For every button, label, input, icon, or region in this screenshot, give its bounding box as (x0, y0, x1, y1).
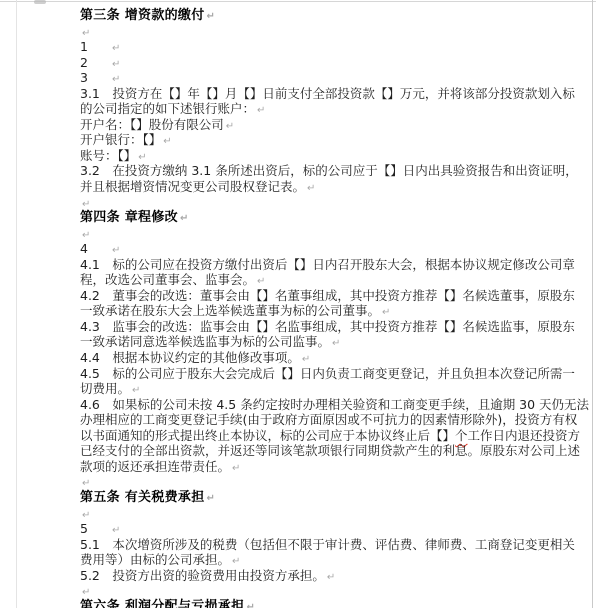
document-line: 3.1 投资方在【】年【】月【】日前支付全部投资款【】万元，并将该部分投资款划入… (80, 86, 582, 102)
paragraph-mark-icon: ↵ (246, 602, 255, 608)
document-line: ↵ (80, 24, 582, 40)
document-line: 2↵ (80, 55, 582, 71)
document-line: 4.4 根据本协议约定的其他修改事项。↵ (80, 350, 582, 366)
paragraph-mark-icon: ↵ (382, 307, 390, 318)
paragraph-mark-icon: ↵ (82, 478, 90, 489)
document-line: 3↵ (80, 70, 582, 86)
paragraph-mark-icon: ↵ (82, 510, 90, 521)
page-left-edge (16, 0, 17, 608)
document-line: 4.3 监事会的改选：监事会由【】名监事组成，其中投资方推荐【】名候选监事，原股… (80, 319, 582, 335)
text-run: 4.4 根据本协议约定的其他修改事项。 (80, 350, 300, 365)
document-line: 4.5 标的公司应于股东大会完成后【】日内负责工商变更登记，并且负担本次登记所需… (80, 366, 582, 382)
text-run: 开户名：【】股份有限公司 (80, 117, 224, 132)
paragraph-mark-icon: ↵ (332, 338, 340, 349)
heading-line: 第三条 增资款的缴付↵ (80, 8, 582, 24)
text-run: 办理相应的工商变更登记手续(由于政府方面原因或不可抗力的因素情形除外)，投资方有… (80, 412, 577, 427)
text-run: 账号：【】 (80, 148, 136, 163)
text-run: 程，改选公司董事会、监事会。 (80, 272, 255, 287)
paragraph-mark-icon: ↵ (82, 199, 90, 210)
text-run: 第三条 增资款的缴付 (80, 8, 205, 23)
text-run: 费用等）由标的公司承担。 (80, 552, 230, 567)
text-run: 工作日内退还投资方 (468, 428, 581, 443)
document-line: 一致承诺同意选举候选监事为标的公司监事。↵ (80, 334, 582, 350)
text-run: 开户银行：【】 (80, 132, 161, 147)
spellcheck-flagged-text: 个 (455, 428, 468, 443)
paragraph-mark-icon: ↵ (232, 463, 240, 474)
text-run: 4.2 董事会的改选：董事会由【】名董事组成，其中投资方推荐【】名候选董事，原股… (80, 288, 575, 303)
text-run: 2 (80, 55, 88, 70)
text-run: 以书面通知的形式提出终止本协议，标的公司应于本协议终止后【】 (80, 428, 455, 443)
paragraph-mark-icon: ↵ (307, 183, 315, 194)
text-run: 款项的返还承担连带责任。 (80, 459, 230, 474)
document-line: 办理相应的工商变更登记手续(由于政府方面原因或不可抗力的因素情形除外)，投资方有… (80, 412, 582, 428)
document-line: 4↵ (80, 241, 582, 257)
heading-line: 第四条 章程修改↵ (80, 210, 582, 226)
document-line: 开户银行：【】↵ (80, 132, 582, 148)
text-run: 一致承诺同意选举候选监事为标的公司监事。 (80, 334, 330, 349)
document-line: 5↵ (80, 521, 582, 537)
text-run: 3.1 投资方在【】年【】月【】日前支付全部投资款【】万元，并将该部分投资款划入… (80, 86, 575, 101)
document-line: 费用等）由标的公司承担。↵ (80, 552, 582, 568)
document-line: 切费用。↵ (80, 381, 582, 397)
document-line: 5.1 本次增资所涉及的税费（包括但不限于审计费、评估费、律师费、工商登记变更相… (80, 537, 582, 553)
text-run: 4.1 标的公司应在投资方缴付出资后【】日内召开股东大会，根据本协议规定修改公司… (80, 257, 575, 272)
paragraph-mark-icon: ↵ (180, 213, 189, 224)
text-run: 第五条 有关税费承担 (80, 490, 205, 505)
text-run: 3.2 在投资方缴纳 3.1 条所述出资后，标的公司应于【】日内出具验资报告和出… (80, 163, 578, 178)
heading-line: 第五条 有关税费承担↵ (80, 490, 582, 506)
text-run: 一致承诺在股东大会上选举候选董事为标的公司董事。 (80, 303, 380, 318)
paragraph-mark-icon: ↵ (112, 74, 120, 85)
paragraph-mark-icon: ↵ (82, 587, 90, 598)
document-line: 程，改选公司董事会、监事会。↵ (80, 272, 582, 288)
document-line: 4.2 董事会的改选：董事会由【】名董事组成，其中投资方推荐【】名候选董事，原股… (80, 288, 582, 304)
page-right-edge (592, 0, 593, 608)
document-line: ↵ (80, 506, 582, 522)
paragraph-mark-icon: ↵ (112, 525, 120, 536)
paragraph-mark-icon: ↵ (163, 136, 171, 147)
document-line: 4.6 如果标的公司未按 4.5 条约定按时办理相关验资和工商变更手续，且逾期 … (80, 397, 582, 413)
document-line: 账号：【】↵ (80, 148, 582, 164)
text-run: 4 (80, 241, 88, 256)
text-run: 4.3 监事会的改选：监事会由【】名监事组成，其中投资方推荐【】名候选监事，原股… (80, 319, 575, 334)
text-run: 3 (80, 70, 88, 85)
paragraph-mark-icon: ↵ (207, 11, 216, 22)
text-run: 已经支付的全部出资款，并返还等同该笔款项银行同期贷款产生的利息。原股东对公司上述 (80, 443, 580, 458)
text-run: 1 (80, 39, 88, 54)
text-run: 4.6 如果标的公司未按 4.5 条约定按时办理相关验资和工商变更手续，且逾期 … (80, 397, 589, 412)
paragraph-mark-icon: ↵ (302, 354, 310, 365)
page-top-edge (0, 1, 596, 2)
document-line: 已经支付的全部出资款，并返还等同该笔款项银行同期贷款产生的利息。原股东对公司上述 (80, 443, 582, 459)
document-line: 开户名：【】股份有限公司↵ (80, 117, 582, 133)
document-line: 4.1 标的公司应在投资方缴付出资后【】日内召开股东大会，根据本协议规定修改公司… (80, 257, 582, 273)
heading-line: 第六条 利润分配与亏损承担↵ (80, 599, 582, 608)
document-line: ↵ (80, 583, 582, 599)
paragraph-mark-icon: ↵ (226, 121, 234, 132)
paragraph-mark-icon: ↵ (82, 230, 90, 241)
text-run: 5.1 本次增资所涉及的税费（包括但不限于审计费、评估费、律师费、工商登记变更相… (80, 537, 575, 552)
text-run: 第六条 利润分配与亏损承担 (80, 599, 244, 608)
document-line: 3.2 在投资方缴纳 3.1 条所述出资后，标的公司应于【】日内出具验资报告和出… (80, 163, 582, 179)
paragraph-mark-icon: ↵ (207, 493, 216, 504)
document-page[interactable]: 第三条 增资款的缴付↵↵1↵2↵3↵3.1 投资方在【】年【】月【】日前支付全部… (80, 8, 582, 608)
document-line: 1↵ (80, 39, 582, 55)
document-line: 并且根据增资情况变更公司股权登记表。↵ (80, 179, 582, 195)
paragraph-mark-icon: ↵ (257, 105, 265, 116)
document-line: 的公司指定的如下述银行账户：↵ (80, 101, 582, 117)
document-line: 以书面通知的形式提出终止本协议，标的公司应于本协议终止后【】个工作日内退还投资方 (80, 428, 582, 444)
paragraph-mark-icon: ↵ (112, 245, 120, 256)
paragraph-mark-icon: ↵ (327, 572, 335, 583)
document-line: ↵ (80, 226, 582, 242)
paragraph-mark-icon: ↵ (257, 276, 265, 287)
paragraph-mark-icon: ↵ (112, 59, 120, 70)
paragraph-mark-icon: ↵ (82, 28, 90, 39)
paragraph-mark-icon: ↵ (112, 43, 120, 54)
text-run: 切费用。 (80, 381, 130, 396)
document-line: 一致承诺在股东大会上选举候选董事为标的公司董事。↵ (80, 303, 582, 319)
document-line: ↵ (80, 195, 582, 211)
paragraph-mark-icon: ↵ (132, 385, 140, 396)
text-run: 5.2 投资方出资的验资费用由投资方承担。 (80, 568, 325, 583)
clipped-paragraph-mark-icon (34, 0, 46, 4)
text-run: 并且根据增资情况变更公司股权登记表。 (80, 179, 305, 194)
text-run: 4.5 标的公司应于股东大会完成后【】日内负责工商变更登记，并且负担本次登记所需… (80, 366, 575, 381)
text-run: 的公司指定的如下述银行账户： (80, 101, 255, 116)
document-line: ↵ (80, 474, 582, 490)
text-run: 5 (80, 521, 88, 536)
paragraph-mark-icon: ↵ (232, 556, 240, 567)
document-line: 5.2 投资方出资的验资费用由投资方承担。↵ (80, 568, 582, 584)
text-run: 第四条 章程修改 (80, 210, 178, 225)
document-line: 款项的返还承担连带责任。↵ (80, 459, 582, 475)
paragraph-mark-icon: ↵ (138, 152, 146, 163)
